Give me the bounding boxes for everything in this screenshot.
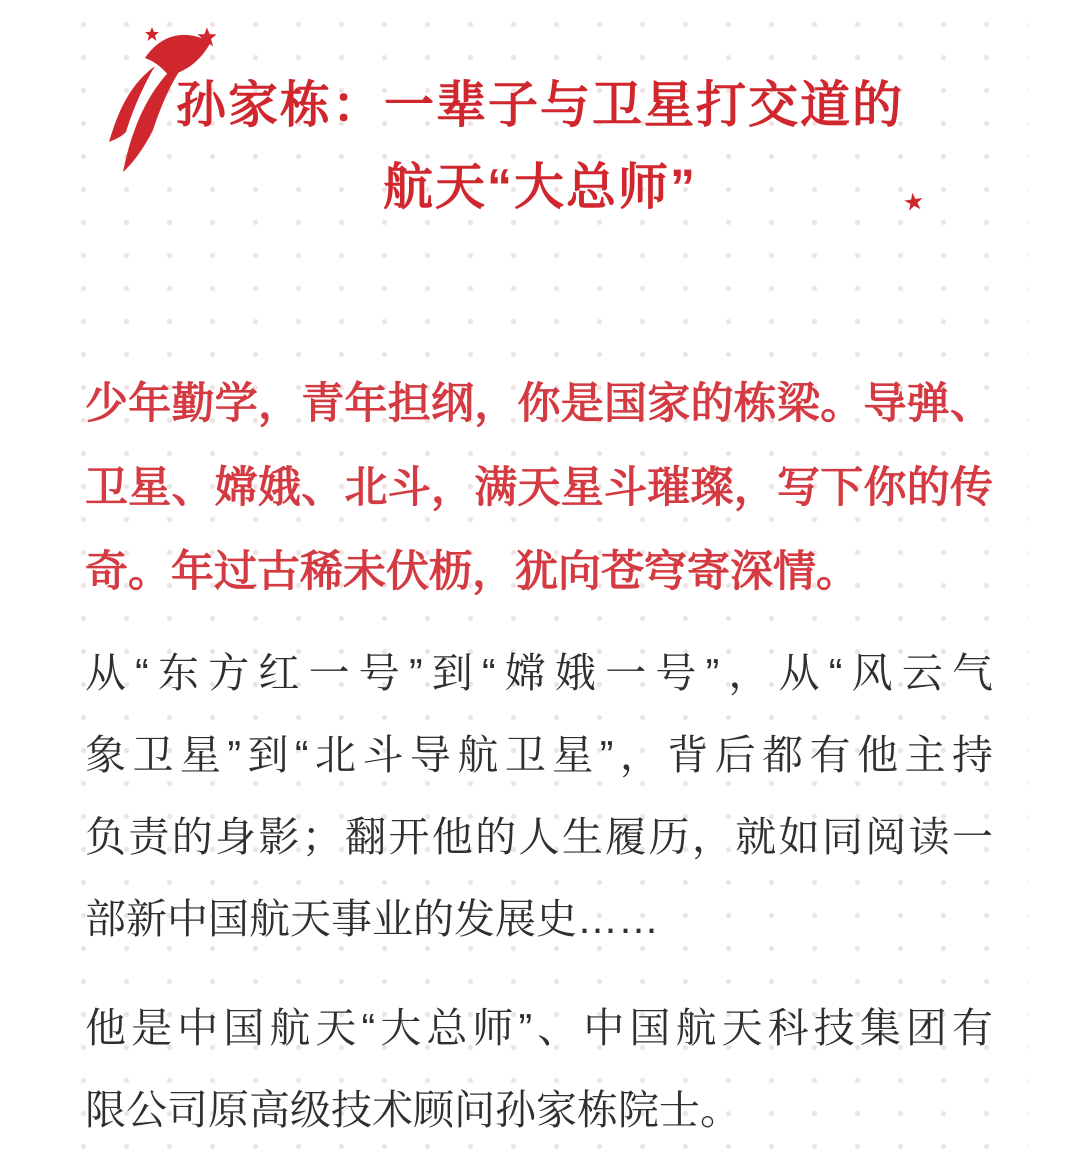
page-title-line-2: 航天“大总师” [0, 146, 1080, 228]
lead-line: 少年勤学，青年担纲，你是国家的栋梁。导弹、 [85, 362, 993, 446]
body-line: 象卫星”到“北斗导航卫星”，背后都有他主持 [85, 714, 993, 796]
body-paragraph-2: 他是中国航天“大总师”、中国航天科技集团有 限公司原高级技术顾问孙家栋院士。 [85, 987, 993, 1151]
body-line: 部新中国航天事业的发展史…… [85, 878, 993, 960]
body-line: 负责的身影；翻开他的人生履历，就如同阅读一 [85, 796, 993, 878]
lead-line: 卫星、嫦娥、北斗，满天星斗璀璨，写下你的传 [85, 446, 993, 530]
lead-line: 奇。年过古稀未伏枥，犹向苍穹寄深情。 [85, 530, 993, 614]
body-line: 从“东方红一号”到“嫦娥一号”，从“风云气 [85, 632, 993, 714]
lead-paragraph: 少年勤学，青年担纲，你是国家的栋梁。导弹、 卫星、嫦娥、北斗，满天星斗璀璨，写下… [85, 362, 993, 614]
body-line: 他是中国航天“大总师”、中国航天科技集团有 [85, 987, 993, 1069]
body-line: 限公司原高级技术顾问孙家栋院士。 [85, 1069, 993, 1151]
article-page: 孙家栋：一辈子与卫星打交道的 航天“大总师” ★ 少年勤学，青年担纲，你是国家的… [0, 0, 1080, 1172]
star-icon: ★ [901, 190, 926, 217]
body-paragraph-1: 从“东方红一号”到“嫦娥一号”，从“风云气 象卫星”到“北斗导航卫星”，背后都有… [85, 632, 993, 960]
page-title-line-1: 孙家栋：一辈子与卫星打交道的 [0, 64, 1080, 146]
